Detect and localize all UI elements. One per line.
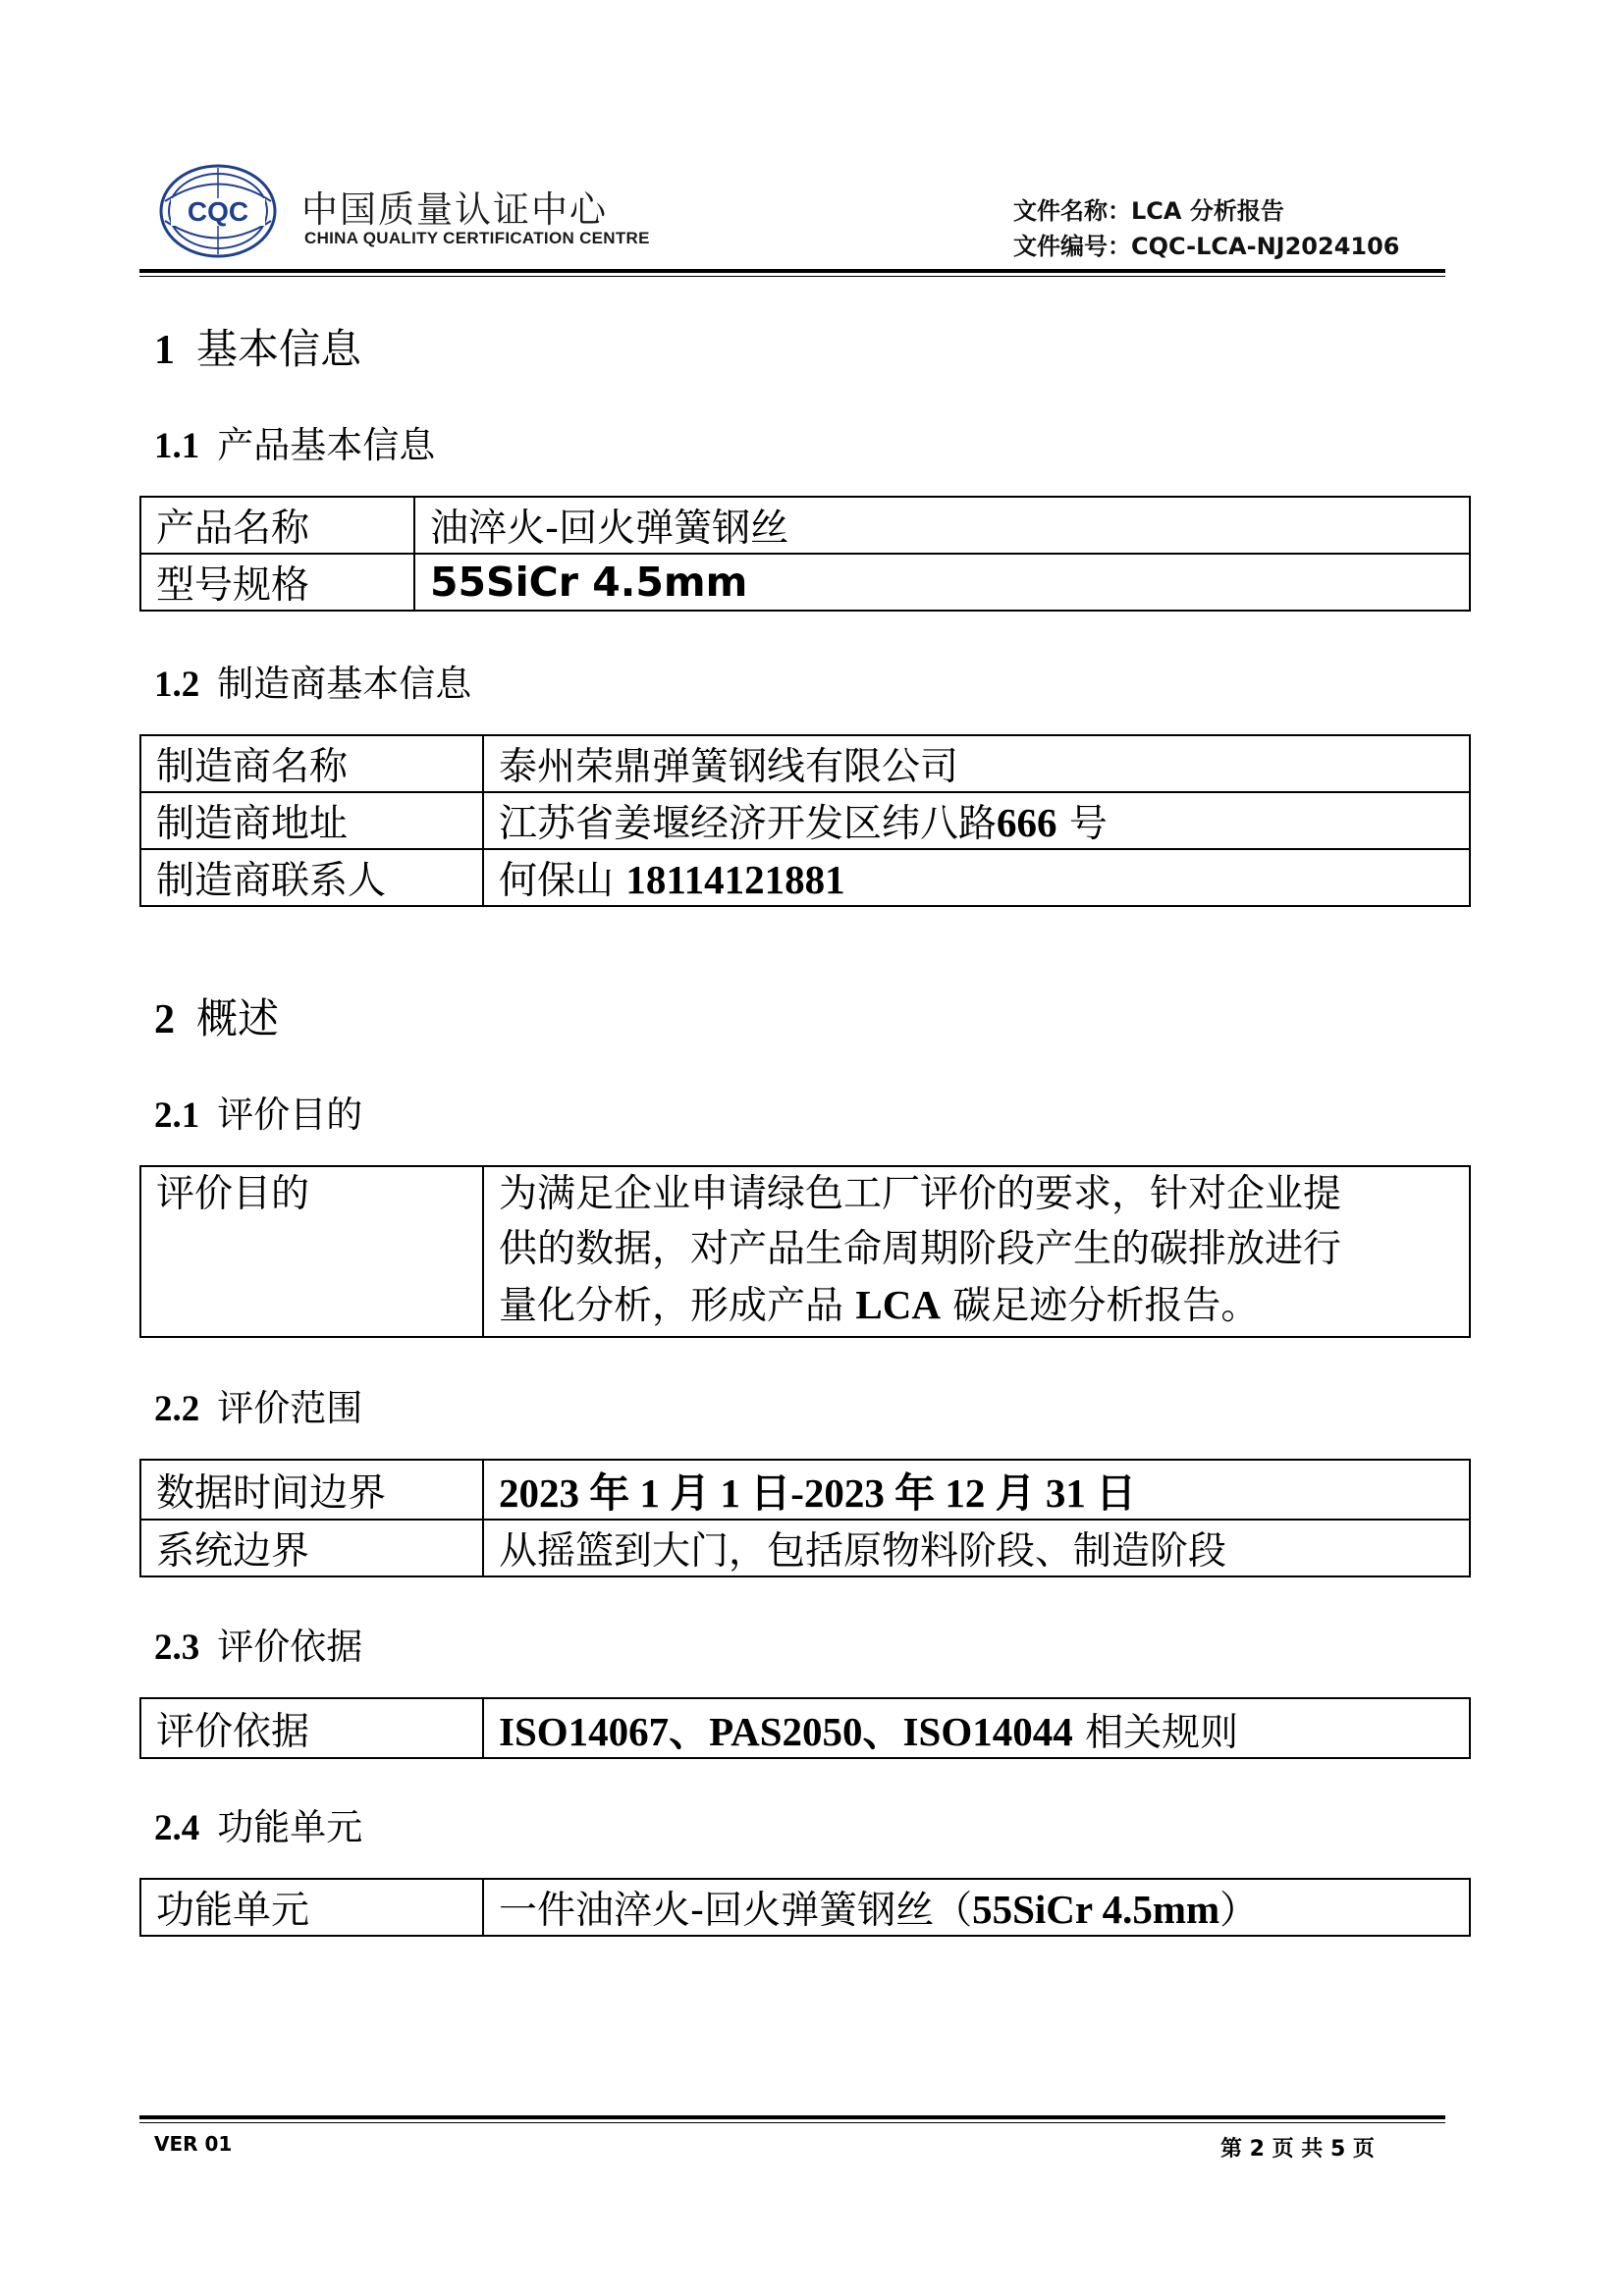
manufacturer-info-table: 制造商名称 泰州荣鼎弹簧钢线有限公司 制造商地址 江苏省姜堰经济开发区纬八路66… xyxy=(139,734,1471,907)
table-row: 评价依据 ISO14067、PAS2050、ISO14044 相关规则 xyxy=(140,1698,1470,1758)
product-model: 55SiCr 4.5mm xyxy=(414,554,1470,611)
purpose-table: 评价目的 为满足企业申请绿色工厂评价的要求，针对企业提 供的数据，对产品生命周期… xyxy=(139,1165,1471,1338)
table-row: 评价目的 为满足企业申请绿色工厂评价的要求，针对企业提 供的数据，对产品生命周期… xyxy=(140,1166,1470,1337)
page-number: 第 2 页 共 5 页 xyxy=(1220,2132,1375,2163)
document-meta: 文件名称：LCA 分析报告 文件编号：CQC-LCA-NJ2024106 xyxy=(1013,193,1400,264)
label-cell: 产品名称 xyxy=(140,497,414,554)
data-time-boundary: 2023 年 1 月 1 日-2023 年 12 月 31 日 xyxy=(483,1460,1470,1520)
evaluation-basis: ISO14067、PAS2050、ISO14044 相关规则 xyxy=(483,1698,1470,1758)
label-cell: 数据时间边界 xyxy=(140,1460,483,1520)
label-cell: 制造商地址 xyxy=(140,792,483,849)
table-row: 系统边界 从摇篮到大门，包括原物料阶段、制造阶段 xyxy=(140,1520,1470,1576)
label-cell: 评价依据 xyxy=(140,1698,483,1758)
label-cell: 系统边界 xyxy=(140,1520,483,1576)
file-name: LCA 分析报告 xyxy=(1131,197,1284,225)
section-2-3-heading: 2.3评价依据 xyxy=(154,1617,362,1670)
system-boundary: 从摇篮到大门，包括原物料阶段、制造阶段 xyxy=(483,1520,1470,1576)
section-1-1-heading: 1.1产品基本信息 xyxy=(154,415,435,468)
functional-unit: 一件油淬火-回火弹簧钢丝（55SiCr 4.5mm） xyxy=(483,1879,1470,1936)
table-row: 制造商地址 江苏省姜堰经济开发区纬八路666 号 xyxy=(140,792,1470,849)
section-2-heading: 2概述 xyxy=(154,987,279,1045)
table-row: 功能单元 一件油淬火-回火弹簧钢丝（55SiCr 4.5mm） xyxy=(140,1879,1470,1936)
page-header: CQC 中国质量认证中心 CHINA QUALITY CERTIFICATION… xyxy=(139,152,1445,280)
file-number-line: 文件编号：CQC-LCA-NJ2024106 xyxy=(1013,229,1400,264)
label-cell: 制造商名称 xyxy=(140,735,483,792)
table-row: 型号规格 55SiCr 4.5mm xyxy=(140,554,1470,611)
version-label: VER 01 xyxy=(154,2132,232,2156)
section-2-4-heading: 2.4功能单元 xyxy=(154,1797,362,1850)
file-name-line: 文件名称：LCA 分析报告 xyxy=(1013,193,1400,229)
table-row: 制造商联系人 何保山 18114121881 xyxy=(140,849,1470,906)
product-info-table: 产品名称 油淬火-回火弹簧钢丝 型号规格 55SiCr 4.5mm xyxy=(139,496,1471,612)
org-name-cn: 中国质量认证中心 xyxy=(301,180,608,233)
cqc-logo: CQC xyxy=(157,162,275,260)
svg-text:CQC: CQC xyxy=(188,196,248,227)
header-divider-thin xyxy=(139,276,1445,277)
footer-divider xyxy=(139,2115,1445,2119)
file-number: CQC-LCA-NJ2024106 xyxy=(1131,233,1400,260)
table-row: 数据时间边界 2023 年 1 月 1 日-2023 年 12 月 31 日 xyxy=(140,1460,1470,1520)
header-divider xyxy=(139,269,1445,273)
table-row: 制造商名称 泰州荣鼎弹簧钢线有限公司 xyxy=(140,735,1470,792)
label-cell: 制造商联系人 xyxy=(140,849,483,906)
manufacturer-name: 泰州荣鼎弹簧钢线有限公司 xyxy=(483,735,1470,792)
footer-divider-thin xyxy=(139,2122,1445,2123)
manufacturer-contact: 何保山 18114121881 xyxy=(483,849,1470,906)
table-row: 产品名称 油淬火-回火弹簧钢丝 xyxy=(140,497,1470,554)
label-cell: 功能单元 xyxy=(140,1879,483,1936)
section-1-heading: 1基本信息 xyxy=(154,317,361,376)
product-name: 油淬火-回火弹簧钢丝 xyxy=(414,497,1470,554)
section-1-2-heading: 1.2制造商基本信息 xyxy=(154,654,471,707)
purpose-text: 为满足企业申请绿色工厂评价的要求，针对企业提 供的数据，对产品生命周期阶段产生的… xyxy=(483,1166,1470,1337)
scope-table: 数据时间边界 2023 年 1 月 1 日-2023 年 12 月 31 日 系… xyxy=(139,1459,1471,1577)
section-2-2-heading: 2.2评价范围 xyxy=(154,1378,362,1431)
org-name-en: CHINA QUALITY CERTIFICATION CENTRE xyxy=(304,229,650,248)
functional-unit-table: 功能单元 一件油淬火-回火弹簧钢丝（55SiCr 4.5mm） xyxy=(139,1878,1471,1937)
label-cell: 型号规格 xyxy=(140,554,414,611)
basis-table: 评价依据 ISO14067、PAS2050、ISO14044 相关规则 xyxy=(139,1697,1471,1759)
section-2-1-heading: 2.1评价目的 xyxy=(154,1085,362,1138)
label-cell: 评价目的 xyxy=(140,1166,483,1337)
manufacturer-address: 江苏省姜堰经济开发区纬八路666 号 xyxy=(483,792,1470,849)
